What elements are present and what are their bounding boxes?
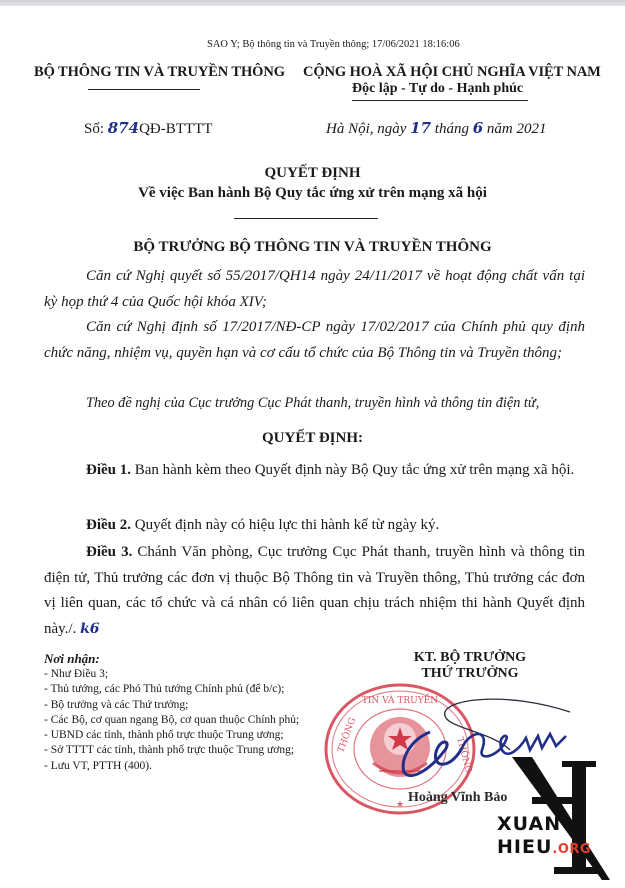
article-label: Điều 3. (86, 544, 132, 560)
doc-number-handwritten: 874 (108, 119, 139, 137)
issuing-authority: BỘ TRƯỞNG BỘ THÔNG TIN VÀ TRUYỀN THÔNG (0, 239, 625, 256)
document-subject: Về việc Ban hành Bộ Quy tắc ứng xử trên … (0, 185, 625, 202)
signature-on-behalf: KT. BỘ TRƯỞNG (395, 650, 545, 666)
article-label: Điều 2. (86, 517, 131, 533)
watermark-org: .ORG (552, 842, 591, 857)
document-type-heading: QUYẾT ĐỊNH (0, 165, 625, 182)
recipients-heading: Nơi nhận: (44, 650, 299, 667)
preamble-1: Căn cứ Nghị quyết số 55/2017/QH14 ngày 2… (44, 264, 585, 315)
date-prefix: Hà Nội, ngày (326, 121, 410, 137)
doc-number-suffix: QĐ-BTTTT (139, 121, 212, 137)
article-1: Điều 1. Ban hành kèm theo Quyết định này… (44, 458, 585, 484)
watermark-hieu: HIEU (497, 836, 552, 858)
national-title: CỘNG HOÀ XÃ HỘI CHỦ NGHĨA VIỆT NAM (303, 64, 601, 81)
article-text: Ban hành kèm theo Quyết định này Bộ Quy … (131, 462, 574, 478)
watermark-text-line1: XUAN (497, 813, 561, 835)
signature-position: THỨ TRƯỞNG (395, 666, 545, 682)
preamble-2: Căn cứ Nghị định số 17/2017/NĐ-CP ngày 1… (44, 315, 585, 366)
date-month-handwritten: 6 (473, 119, 483, 137)
watermark-text-line2: HIEU.ORG (497, 836, 591, 858)
document-number: Số: 874QĐ-BTTTT (84, 119, 212, 138)
svg-text:★: ★ (396, 800, 404, 810)
initial-mark: k6 (80, 621, 99, 637)
date-year: năm 2021 (483, 121, 546, 137)
svg-text:THÔNG: THÔNG (335, 716, 359, 754)
recipient-item: - Sở TTTT các tỉnh, thành phố trực thuộc… (44, 743, 299, 758)
decision-heading: QUYẾT ĐỊNH: (0, 430, 625, 447)
article-label: Điều 1. (86, 462, 131, 478)
national-motto: Độc lập - Tự do - Hạnh phúc (352, 81, 523, 97)
doc-number-prefix: Số: (84, 121, 108, 137)
article-text: Quyết định này có hiệu lực thi hành kể t… (131, 517, 439, 533)
agency-underline (88, 89, 200, 90)
date-month-label: tháng (431, 121, 473, 137)
motto-underline (352, 100, 528, 101)
recipient-item: - Thủ tướng, các Phó Thủ tướng Chính phủ… (44, 682, 299, 697)
article-3: Điều 3. Chánh Văn phòng, Cục trưởng Cục … (44, 540, 585, 642)
subject-underline (234, 218, 378, 219)
recipient-item: - Lưu VT, PTTH (400). (44, 759, 299, 774)
copy-stamp: SAO Y; Bộ thông tin và Truyền thông; 17/… (207, 39, 460, 50)
recipients-list: Nơi nhận: - Như Điều 3; - Thủ tướng, các… (44, 650, 299, 774)
recipient-item: - UBND các tỉnh, thành phố trực thuộc Tr… (44, 728, 299, 743)
article-2: Điều 2. Quyết định này có hiệu lực thi h… (44, 513, 585, 539)
recipient-item: - Bộ trưởng và các Thứ trưởng; (44, 698, 299, 713)
issuing-agency: BỘ THÔNG TIN VÀ TRUYỀN THÔNG (34, 64, 285, 81)
date-day-handwritten: 17 (410, 119, 431, 137)
preamble-3: Theo đề nghị của Cục trưởng Cục Phát tha… (44, 391, 585, 417)
window-top-edge (0, 0, 625, 6)
recipient-item: - Như Điều 3; (44, 667, 299, 682)
recipient-item: - Các Bộ, cơ quan ngang Bộ, cơ quan thuộ… (44, 713, 299, 728)
document-date: Hà Nội, ngày 17 tháng 6 năm 2021 (326, 119, 547, 138)
